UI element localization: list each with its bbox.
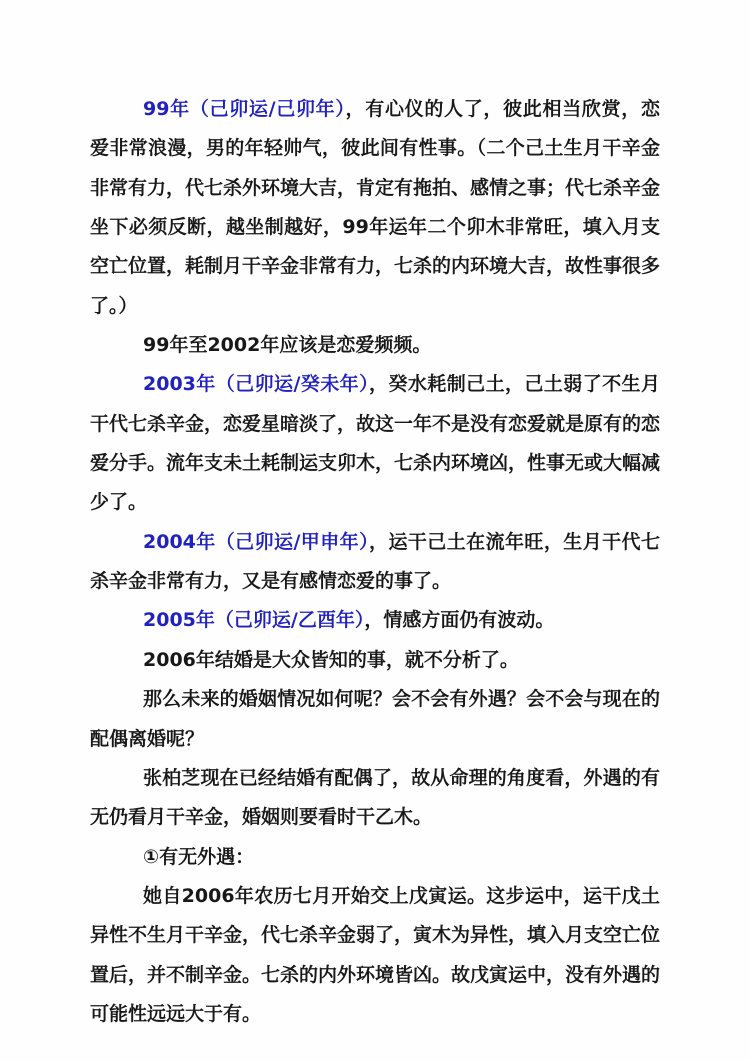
paragraph-text: ，有心仪的人了，彼此相当欣赏，恋爱非常浪漫，男的年轻帅气，彼此间有性事。（二个己… bbox=[90, 98, 660, 317]
paragraph-affair-heading: ①有无外遇： bbox=[90, 838, 660, 877]
year-heading-2003: 2003年（己卯运/癸未年） bbox=[143, 373, 369, 395]
paragraph-2003-year: 2003年（己卯运/癸未年），癸水耗制己土，己土弱了不生月干代七杀辛金，恋爱星暗… bbox=[90, 365, 660, 522]
paragraph-text: 张柏芝现在已经结婚有配偶了，故从命理的角度看，外遇的有无仍看月干辛金，婚姻则要看… bbox=[90, 767, 660, 828]
paragraph-text: 99年至2002年应该是恋爱频频。 bbox=[143, 334, 431, 356]
paragraph-text: ，情感方面仍有波动。 bbox=[364, 609, 554, 631]
document-page: 99年（己卯运/己卯年），有心仪的人了，彼此相当欣赏，恋爱非常浪漫，男的年轻帅气… bbox=[0, 0, 750, 1061]
text-content-area: 99年（己卯运/己卯年），有心仪的人了，彼此相当欣赏，恋爱非常浪漫，男的年轻帅气… bbox=[0, 0, 750, 1034]
paragraph-text: ①有无外遇： bbox=[143, 846, 254, 868]
year-heading-1999: 99年（己卯运/己卯年） bbox=[143, 98, 346, 120]
paragraph-current-marriage-analysis: 张柏芝现在已经结婚有配偶了，故从命理的角度看，外遇的有无仍看月干辛金，婚姻则要看… bbox=[90, 759, 660, 838]
year-heading-2005: 2005年（己卯运/乙酉年） bbox=[143, 609, 364, 631]
paragraph-99-to-2002: 99年至2002年应该是恋爱频频。 bbox=[90, 326, 660, 365]
paragraph-text: 那么未来的婚姻情况如何呢？会不会有外遇？会不会与现在的配偶离婚呢？ bbox=[90, 688, 660, 749]
year-heading-2004: 2004年（己卯运/甲申年） bbox=[143, 531, 369, 553]
paragraph-2004-year: 2004年（己卯运/甲申年），运干己土在流年旺，生月干代七杀辛金非常有力，又是有… bbox=[90, 523, 660, 602]
paragraph-2006-marriage: 2006年结婚是大众皆知的事，就不分析了。 bbox=[90, 641, 660, 680]
paragraph-text: 2006年结婚是大众皆知的事，就不分析了。 bbox=[143, 649, 519, 671]
paragraph-1999-year: 99年（己卯运/己卯年），有心仪的人了，彼此相当欣赏，恋爱非常浪漫，男的年轻帅气… bbox=[90, 90, 660, 326]
paragraph-wuyin-luck-analysis: 她自2006年农历七月开始交上戊寅运。这步运中，运干戊土异性不生月干辛金，代七杀… bbox=[90, 877, 660, 1034]
paragraph-2005-year: 2005年（己卯运/乙酉年），情感方面仍有波动。 bbox=[90, 601, 660, 640]
paragraph-text: 她自2006年农历七月开始交上戊寅运。这步运中，运干戊土异性不生月干辛金，代七杀… bbox=[90, 885, 660, 1025]
paragraph-future-marriage-question: 那么未来的婚姻情况如何呢？会不会有外遇？会不会与现在的配偶离婚呢？ bbox=[90, 680, 660, 759]
